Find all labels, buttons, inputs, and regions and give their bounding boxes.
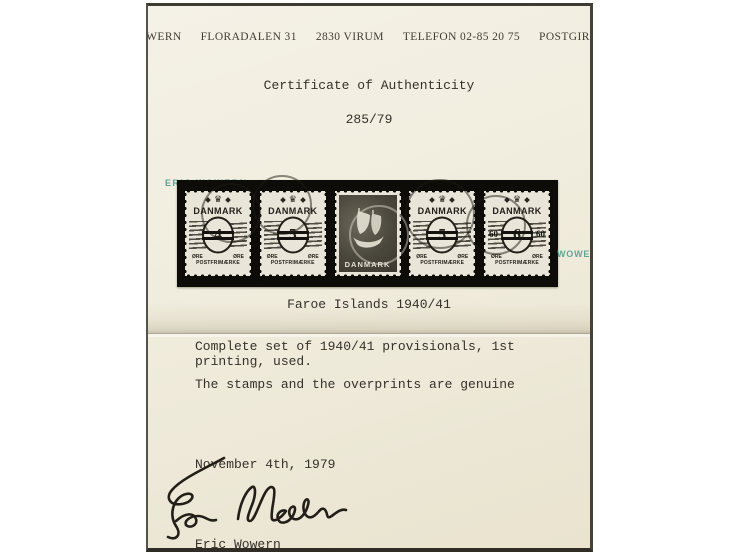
certificate-number: 285/79 <box>148 112 590 127</box>
letterhead-phone: TELEFON 02-85 20 75 <box>403 31 520 43</box>
stamp-numeral: 5 <box>289 226 297 244</box>
diamond-ornament <box>225 197 231 203</box>
certificate-body-line2: The stamps and the overprints are genuin… <box>195 377 515 392</box>
stamp-ornaments: ♛ <box>409 191 475 205</box>
stamp-center: 4 <box>189 218 247 252</box>
certificate-body-line1: Complete set of 1940/41 provisionals, 1s… <box>195 339 590 369</box>
stamp-numeral: 4 <box>214 226 222 244</box>
stamp-bottom-label: POSTFRIMÆRKE <box>409 260 475 266</box>
stamp-bottom-label: POSTFRIMÆRKE <box>260 260 326 266</box>
certificate-paper: ERIC v. WOWERN FLORADALEN 31 2830 VIRUM … <box>146 3 593 552</box>
stamp-country-label: DANMARK <box>409 206 475 216</box>
stamp-wave-60-on-6: ♛ DANMARK 60 6 60 ØRE ØRE POSTFRIMÆRKE <box>484 191 550 276</box>
stamp-center: 5 <box>413 218 471 252</box>
crown-icon: ♛ <box>513 195 521 204</box>
letterhead: ERIC v. WOWERN FLORADALEN 31 2830 VIRUM … <box>148 31 590 43</box>
stamp-bottom-label: POSTFRIMÆRKE <box>185 260 251 266</box>
diamond-ornament <box>429 197 435 203</box>
certificate-photo: ERIC v. WOWERN FLORADALEN 31 2830 VIRUM … <box>0 0 740 557</box>
certificate-title: Certificate of Authenticity <box>148 78 590 93</box>
crown-icon: ♛ <box>289 195 297 204</box>
stamp-card: ♛ DANMARK 4 ØRE ØRE POSTFRIMÆRKE <box>177 180 558 287</box>
crown-icon: ♛ <box>438 195 446 204</box>
overprint-bars <box>202 231 234 234</box>
stamp-center: 5 <box>264 218 322 252</box>
stamp-center: 60 6 60 <box>488 218 546 252</box>
stamp-ornaments: ♛ <box>185 191 251 205</box>
diamond-ornament <box>205 197 211 203</box>
stamp-numeral: 5 <box>438 226 446 244</box>
stamp-wave-4: ♛ DANMARK 4 ØRE ØRE POSTFRIMÆRKE <box>185 191 251 276</box>
stamp-bottom-label: POSTFRIMÆRKE <box>484 260 550 266</box>
certificate-caption: Faroe Islands 1940/41 <box>148 297 590 312</box>
overprint-bars <box>426 231 458 234</box>
stamp-country-label: DANMARK <box>484 206 550 216</box>
caravel-ship-icon <box>339 195 397 260</box>
diamond-ornament <box>524 197 530 203</box>
stamp-ornaments: ♛ <box>484 191 550 205</box>
ship-stamp-inner: DANMARK <box>339 195 397 272</box>
letterhead-name: ERIC v. WOWERN <box>146 31 182 43</box>
stamp-country-label: DANMARK <box>185 206 251 216</box>
letterhead-postgiro: POSTGIRO 2 03 15 74 <box>539 31 593 43</box>
stamp-country-label: DANMARK <box>260 206 326 216</box>
stamp-numeral: 6 <box>513 226 521 244</box>
value-oval: 6 <box>501 217 533 254</box>
crown-icon: ♛ <box>214 195 222 204</box>
signature <box>158 455 368 541</box>
letterhead-city: 2830 VIRUM <box>316 31 384 43</box>
owner-handstamp-right: WOWERN <box>557 249 593 259</box>
overprint-bars <box>277 231 309 234</box>
diamond-ornament <box>449 197 455 203</box>
stamp-country-label: DANMARK <box>339 260 397 272</box>
diamond-ornament <box>300 197 306 203</box>
letterhead-address: FLORADALEN 31 <box>201 31 297 43</box>
stamp-caravel: DANMARK <box>335 191 401 276</box>
stamp-wave-5b: ♛ DANMARK 5 ØRE ØRE POSTFRIMÆRKE <box>409 191 475 276</box>
overprint-value-left: 60 <box>489 229 498 239</box>
value-oval: 5 <box>277 217 309 254</box>
overprint-value-right: 60 <box>536 229 545 239</box>
value-oval: 5 <box>426 217 458 254</box>
stamp-wave-5: ♛ DANMARK 5 ØRE ØRE POSTFRIMÆRKE <box>260 191 326 276</box>
stamp-ornaments: ♛ <box>260 191 326 205</box>
value-oval: 4 <box>202 217 234 254</box>
diamond-ornament <box>280 197 286 203</box>
overprint-bars <box>501 231 533 234</box>
diamond-ornament <box>504 197 510 203</box>
